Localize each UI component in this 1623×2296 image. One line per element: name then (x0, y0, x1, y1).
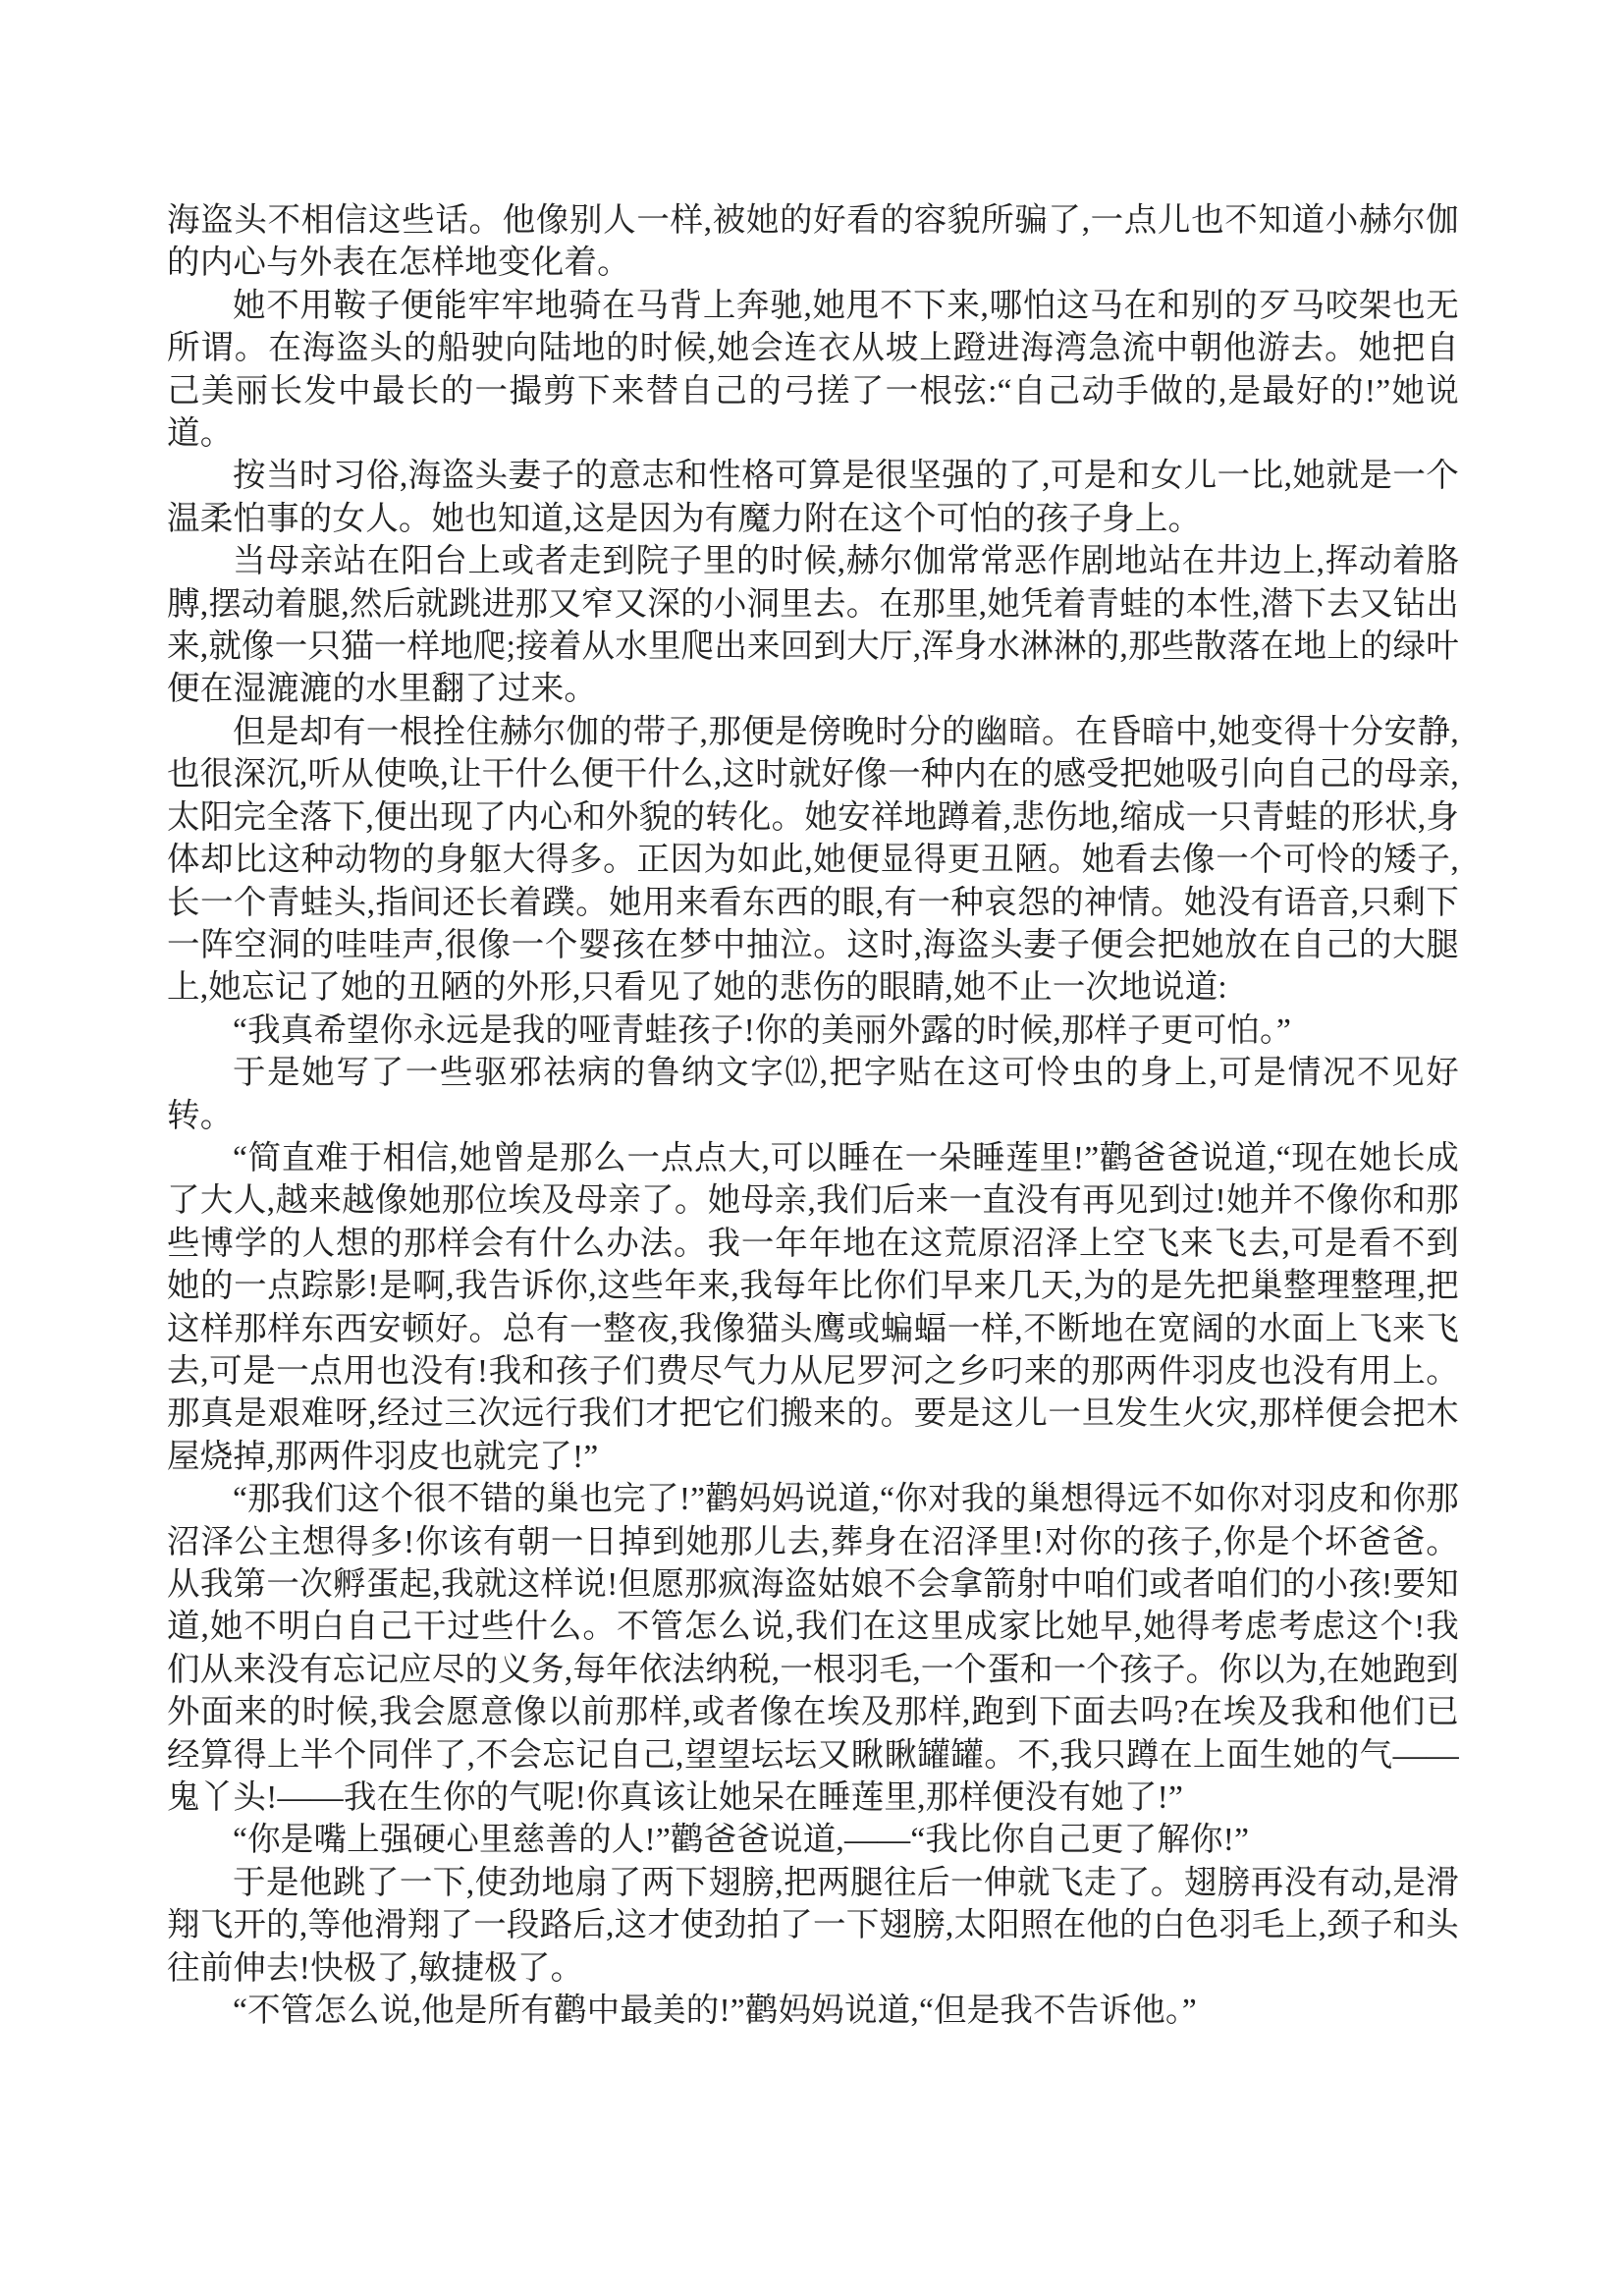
paragraph-1: 海盗头不相信这些话。他像别人一样,被她的好看的容貌所骗了,一点儿也不知道小赫尔伽… (167, 199, 1459, 285)
paragraph-2: 她不用鞍子便能牢牢地骑在马背上奔驰,她甩不下来,哪怕这马在和别的歹马咬架也无所谓… (167, 285, 1459, 456)
paragraph-5: 但是却有一根拴住赫尔伽的带子,那便是傍晚时分的幽暗。在昏暗中,她变得十分安静,也… (167, 711, 1459, 1010)
paragraph-11: 于是他跳了一下,使劲地扇了两下翅膀,把两腿往后一伸就飞走了。翅膀再没有动,是滑翔… (167, 1862, 1459, 1990)
paragraph-6: “我真希望你永远是我的哑青蛙孩子!你的美丽外露的时候,那样子更可怕。” (167, 1010, 1459, 1052)
paragraph-9: “那我们这个很不错的巢也完了!”鹳妈妈说道,“你对我的巢想得远不如你对羽皮和你那… (167, 1478, 1459, 1819)
paragraph-8: “简直难于相信,她曾是那么一点点大,可以睡在一朵睡莲里!”鹳爸爸说道,“现在她长… (167, 1137, 1459, 1478)
paragraph-12: “不管怎么说,他是所有鹳中最美的!”鹳妈妈说道,“但是我不告诉他。” (167, 1990, 1459, 2032)
paragraph-7: 于是她写了一些驱邪祛病的鲁纳文字⑿,把字贴在这可怜虫的身上,可是情况不见好转。 (167, 1052, 1459, 1137)
paragraph-10: “你是嘴上强硬心里慈善的人!”鹳爸爸说道,——“我比你自己更了解你!” (167, 1819, 1459, 1861)
story-text-block: 海盗头不相信这些话。他像别人一样,被她的好看的容貌所骗了,一点儿也不知道小赫尔伽… (167, 199, 1459, 2032)
paragraph-4: 当母亲站在阳台上或者走到院子里的时候,赫尔伽常常恶作剧地站在井边上,挥动着胳膊,… (167, 540, 1459, 711)
paragraph-3: 按当时习俗,海盗头妻子的意志和性格可算是很坚强的了,可是和女儿一比,她就是一个温… (167, 455, 1459, 540)
book-page: 海盗头不相信这些话。他像别人一样,被她的好看的容貌所骗了,一点儿也不知道小赫尔伽… (0, 0, 1623, 2296)
